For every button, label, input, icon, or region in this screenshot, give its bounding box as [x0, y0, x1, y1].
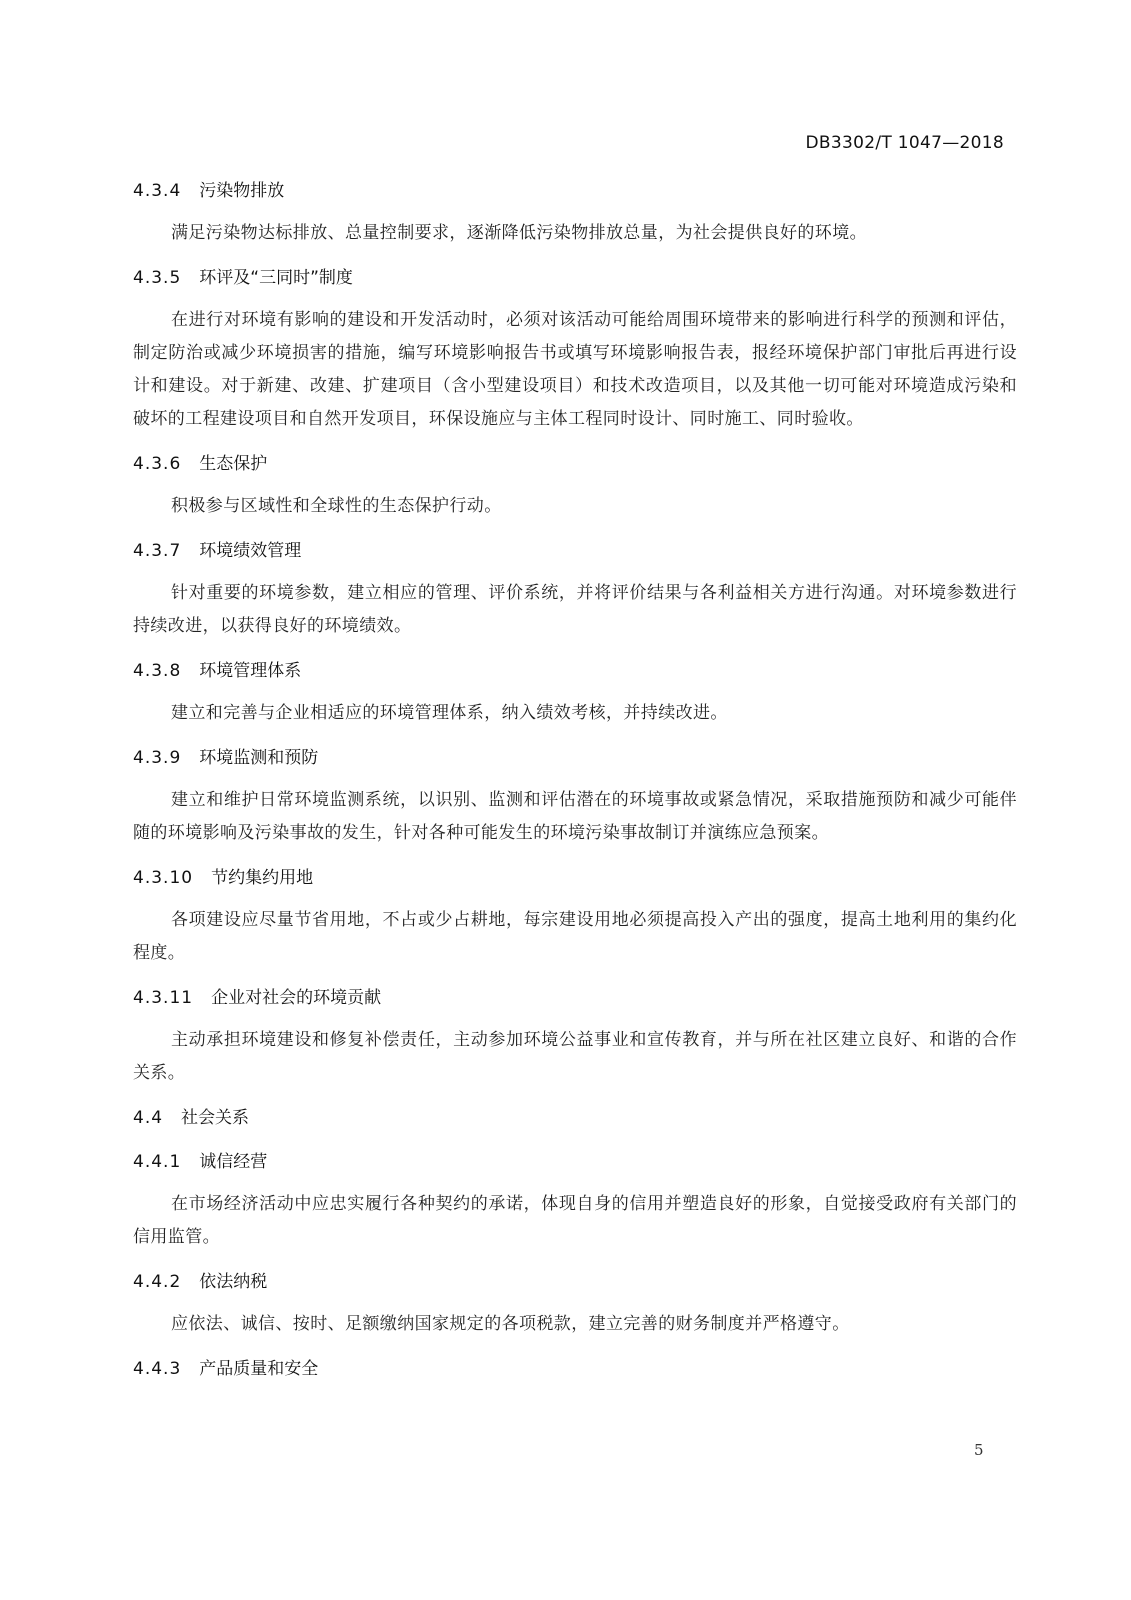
section-number: 4.3.4 — [133, 176, 181, 206]
section-heading-4-3-10: 4.3.10节约集约用地 — [133, 863, 1017, 893]
section-title: 污染物排放 — [199, 181, 284, 201]
page-number: 5 — [974, 1441, 984, 1459]
section-title: 环境绩效管理 — [199, 541, 301, 561]
section-title: 诚信经营 — [199, 1152, 267, 1172]
section-heading-4-3-6: 4.3.6生态保护 — [133, 449, 1017, 479]
section-heading-4-4: 4.4社会关系 — [133, 1103, 1017, 1133]
document-code: DB3302/T 1047—2018 — [806, 133, 1004, 153]
section-paragraph: 积极参与区域性和全球性的生态保护行动。 — [133, 490, 1017, 523]
section-number: 4.3.7 — [133, 536, 181, 566]
section-number: 4.3.8 — [133, 656, 181, 686]
section-number: 4.4.2 — [133, 1267, 181, 1297]
section-title: 环境管理体系 — [199, 661, 301, 681]
section-number: 4.4.3 — [133, 1354, 181, 1384]
section-number: 4.3.6 — [133, 449, 181, 479]
section-title: 依法纳税 — [199, 1272, 267, 1292]
document-body: 4.3.4污染物排放 满足污染物达标排放、总量控制要求，逐渐降低污染物排放总量，… — [133, 176, 1017, 1384]
section-heading-4-3-8: 4.3.8环境管理体系 — [133, 656, 1017, 686]
section-title: 生态保护 — [199, 454, 267, 474]
section-heading-4-3-5: 4.3.5环评及“三同时”制度 — [133, 263, 1017, 293]
section-paragraph: 各项建设应尽量节省用地，不占或少占耕地，每宗建设用地必须提高投入产出的强度，提高… — [133, 904, 1017, 970]
section-number: 4.3.11 — [133, 983, 193, 1013]
section-paragraph: 满足污染物达标排放、总量控制要求，逐渐降低污染物排放总量，为社会提供良好的环境。 — [133, 217, 1017, 250]
section-title: 产品质量和安全 — [199, 1359, 318, 1379]
section-title: 企业对社会的环境贡献 — [211, 988, 381, 1008]
section-heading-4-4-3: 4.4.3产品质量和安全 — [133, 1354, 1017, 1384]
section-number: 4.3.10 — [133, 863, 193, 893]
section-heading-4-4-2: 4.4.2依法纳税 — [133, 1267, 1017, 1297]
section-heading-4-4-1: 4.4.1诚信经营 — [133, 1147, 1017, 1177]
section-paragraph: 建立和完善与企业相适应的环境管理体系，纳入绩效考核，并持续改进。 — [133, 697, 1017, 730]
section-heading-4-3-4: 4.3.4污染物排放 — [133, 176, 1017, 206]
section-number: 4.4.1 — [133, 1147, 181, 1177]
section-title: 社会关系 — [181, 1108, 249, 1128]
section-title: 环评及“三同时”制度 — [199, 268, 353, 288]
section-number: 4.4 — [133, 1103, 163, 1133]
section-paragraph: 在市场经济活动中应忠实履行各种契约的承诺，体现自身的信用并塑造良好的形象，自觉接… — [133, 1188, 1017, 1254]
section-number: 4.3.9 — [133, 743, 181, 773]
section-paragraph: 在进行对环境有影响的建设和开发活动时，必须对该活动可能给周围环境带来的影响进行科… — [133, 304, 1017, 436]
section-number: 4.3.5 — [133, 263, 181, 293]
section-heading-4-3-11: 4.3.11企业对社会的环境贡献 — [133, 983, 1017, 1013]
section-paragraph: 应依法、诚信、按时、足额缴纳国家规定的各项税款，建立完善的财务制度并严格遵守。 — [133, 1308, 1017, 1341]
section-heading-4-3-9: 4.3.9环境监测和预防 — [133, 743, 1017, 773]
section-paragraph: 建立和维护日常环境监测系统，以识别、监测和评估潜在的环境事故或紧急情况，采取措施… — [133, 784, 1017, 850]
section-title: 环境监测和预防 — [199, 748, 318, 768]
section-paragraph: 主动承担环境建设和修复补偿责任，主动参加环境公益事业和宣传教育，并与所在社区建立… — [133, 1024, 1017, 1090]
section-paragraph: 针对重要的环境参数，建立相应的管理、评价系统，并将评价结果与各利益相关方进行沟通… — [133, 577, 1017, 643]
section-heading-4-3-7: 4.3.7环境绩效管理 — [133, 536, 1017, 566]
section-title: 节约集约用地 — [211, 868, 313, 888]
